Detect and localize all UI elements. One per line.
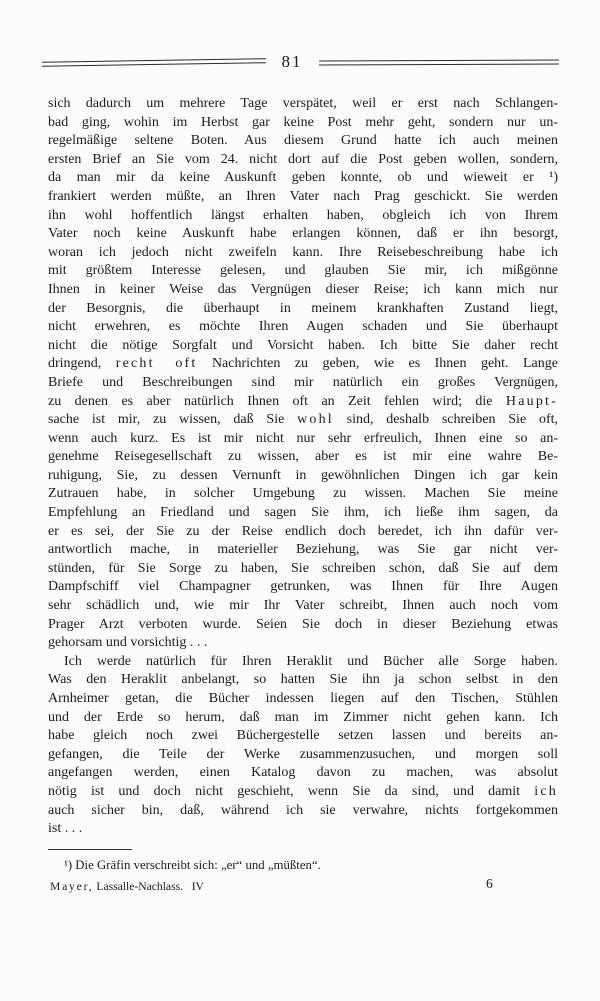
text-line: Empfehlung an Friedland und sagen Sie ih… bbox=[48, 504, 558, 523]
page-footer: Mayer, Lassalle-Nachlass. IV 6 bbox=[50, 880, 558, 894]
book-page: 81 sich dadurch um mehrere Tage verspäte… bbox=[0, 0, 600, 1001]
footnote-separator bbox=[48, 849, 132, 850]
letter-body-text: sich dadurch um mehrere Tage verspätet, … bbox=[48, 95, 558, 839]
text-line: gefangen, die Teile der Werke zusammenzu… bbox=[48, 746, 558, 765]
footer-imprint: Mayer, Lassalle-Nachlass. IV bbox=[50, 880, 204, 893]
text-line: nötig ist und doch nicht geschieht, wenn… bbox=[48, 783, 558, 802]
text-line: habe gleich noch zwei Büchergestelle set… bbox=[48, 727, 558, 746]
header-rule-right bbox=[318, 59, 558, 65]
text-line: Prager Arzt verboten wurde. Seien Sie do… bbox=[48, 616, 558, 635]
text-line: und der Erde so herum, daß man im Zimmer… bbox=[48, 709, 558, 728]
text-line: ruhigung, Sie, zu dessen Vernunft in gew… bbox=[48, 467, 558, 486]
text-line: angefangen werden, einen Katalog davon z… bbox=[48, 764, 558, 783]
text-line: Ihnen in keiner Weise das Vergnügen dies… bbox=[48, 281, 558, 300]
text-line: Briefe und Beschreibungen sind mir natür… bbox=[48, 374, 558, 393]
text-line: frankiert werden müßte, an Ihren Vater n… bbox=[48, 188, 558, 207]
text-line: ersten Brief an Sie vom 24. nicht dort a… bbox=[48, 151, 558, 170]
letterspaced-emphasis: Haupt- bbox=[506, 394, 558, 409]
text-line: regelmäßige seltene Boten. Aus diesem Gr… bbox=[48, 132, 558, 151]
text-line: Arnheimer getan, die Bücher indessen lie… bbox=[48, 690, 558, 709]
text-line: nicht die nötige Sorgfalt und Vorsicht h… bbox=[48, 337, 558, 356]
text-line: zu denen es aber natürlich Ihnen oft an … bbox=[48, 393, 558, 412]
letterspaced-emphasis: wohl bbox=[297, 412, 334, 427]
letterspaced-emphasis: Mayer, bbox=[50, 880, 94, 893]
page-header: 81 bbox=[0, 54, 600, 71]
text-line: stünden, für Sie Sorge zu haben, Sie sch… bbox=[48, 560, 558, 579]
text-line: da man mir da keine Auskunft geben konnt… bbox=[48, 169, 558, 188]
text-line: nicht erwehren, es möchte Ihren Augen sc… bbox=[48, 318, 558, 337]
text-line: ist . . . bbox=[48, 820, 558, 839]
text-line: Zutrauen habe, in solcher Umgebung zu wi… bbox=[48, 485, 558, 504]
text-line: sache ist mir, zu wissen, daß Sie wohl s… bbox=[48, 411, 558, 430]
footer-page-indicator: 6 bbox=[486, 877, 493, 891]
text-line: Ich werde natürlich für Ihren Heraklit u… bbox=[48, 653, 558, 672]
text-line: gehorsam und vorsichtig . . . bbox=[48, 634, 558, 653]
text-line: mit größtem Interesse gelesen, und glaub… bbox=[48, 262, 558, 281]
footnote-line: ¹) Die Gräfin verschreibt sich: „er“ und… bbox=[48, 857, 558, 873]
text-line: antwortlich mache, in materieller Bezieh… bbox=[48, 541, 558, 560]
text-line: sich dadurch um mehrere Tage verspätet, … bbox=[48, 95, 558, 114]
text-line: Dampfschiff viel Champagner getrunken, w… bbox=[48, 578, 558, 597]
text-line: Was den Heraklit anbelangt, so hatten Si… bbox=[48, 671, 558, 690]
header-rule-left bbox=[41, 58, 265, 67]
text-line: auch sicher bin, daß, während ich sie ve… bbox=[48, 802, 558, 821]
text-line: wenn auch kurz. Es ist mir nicht nur seh… bbox=[48, 430, 558, 449]
text-line: dringend, recht oft Nachrichten zu geben… bbox=[48, 355, 558, 374]
text-line: der Besorgnis, die überhaupt in meinem k… bbox=[48, 300, 558, 319]
page-number: 81 bbox=[282, 53, 303, 70]
letterspaced-emphasis: recht oft bbox=[116, 356, 198, 371]
letterspaced-emphasis: ich bbox=[534, 784, 558, 799]
footnote: ¹) Die Gräfin verschreibt sich: „er“ und… bbox=[48, 857, 558, 873]
text-line: sehr schädlich und, wie mir Ihr Vater sc… bbox=[48, 597, 558, 616]
text-line: genehme Reisegesellschaft zu wissen, abe… bbox=[48, 448, 558, 467]
text-line: woran ich jedoch nicht zweifeln kann. Ih… bbox=[48, 244, 558, 263]
text-line: ihn wohl hoffentlich längst erhalten hab… bbox=[48, 207, 558, 226]
text-line: bad ging, wohin im Herbst gar keine Post… bbox=[48, 114, 558, 133]
text-line: er es sei, der Sie zu der Reise endlich … bbox=[48, 523, 558, 542]
text-line: Vater noch keine Auskunft habe erlangen … bbox=[48, 225, 558, 244]
